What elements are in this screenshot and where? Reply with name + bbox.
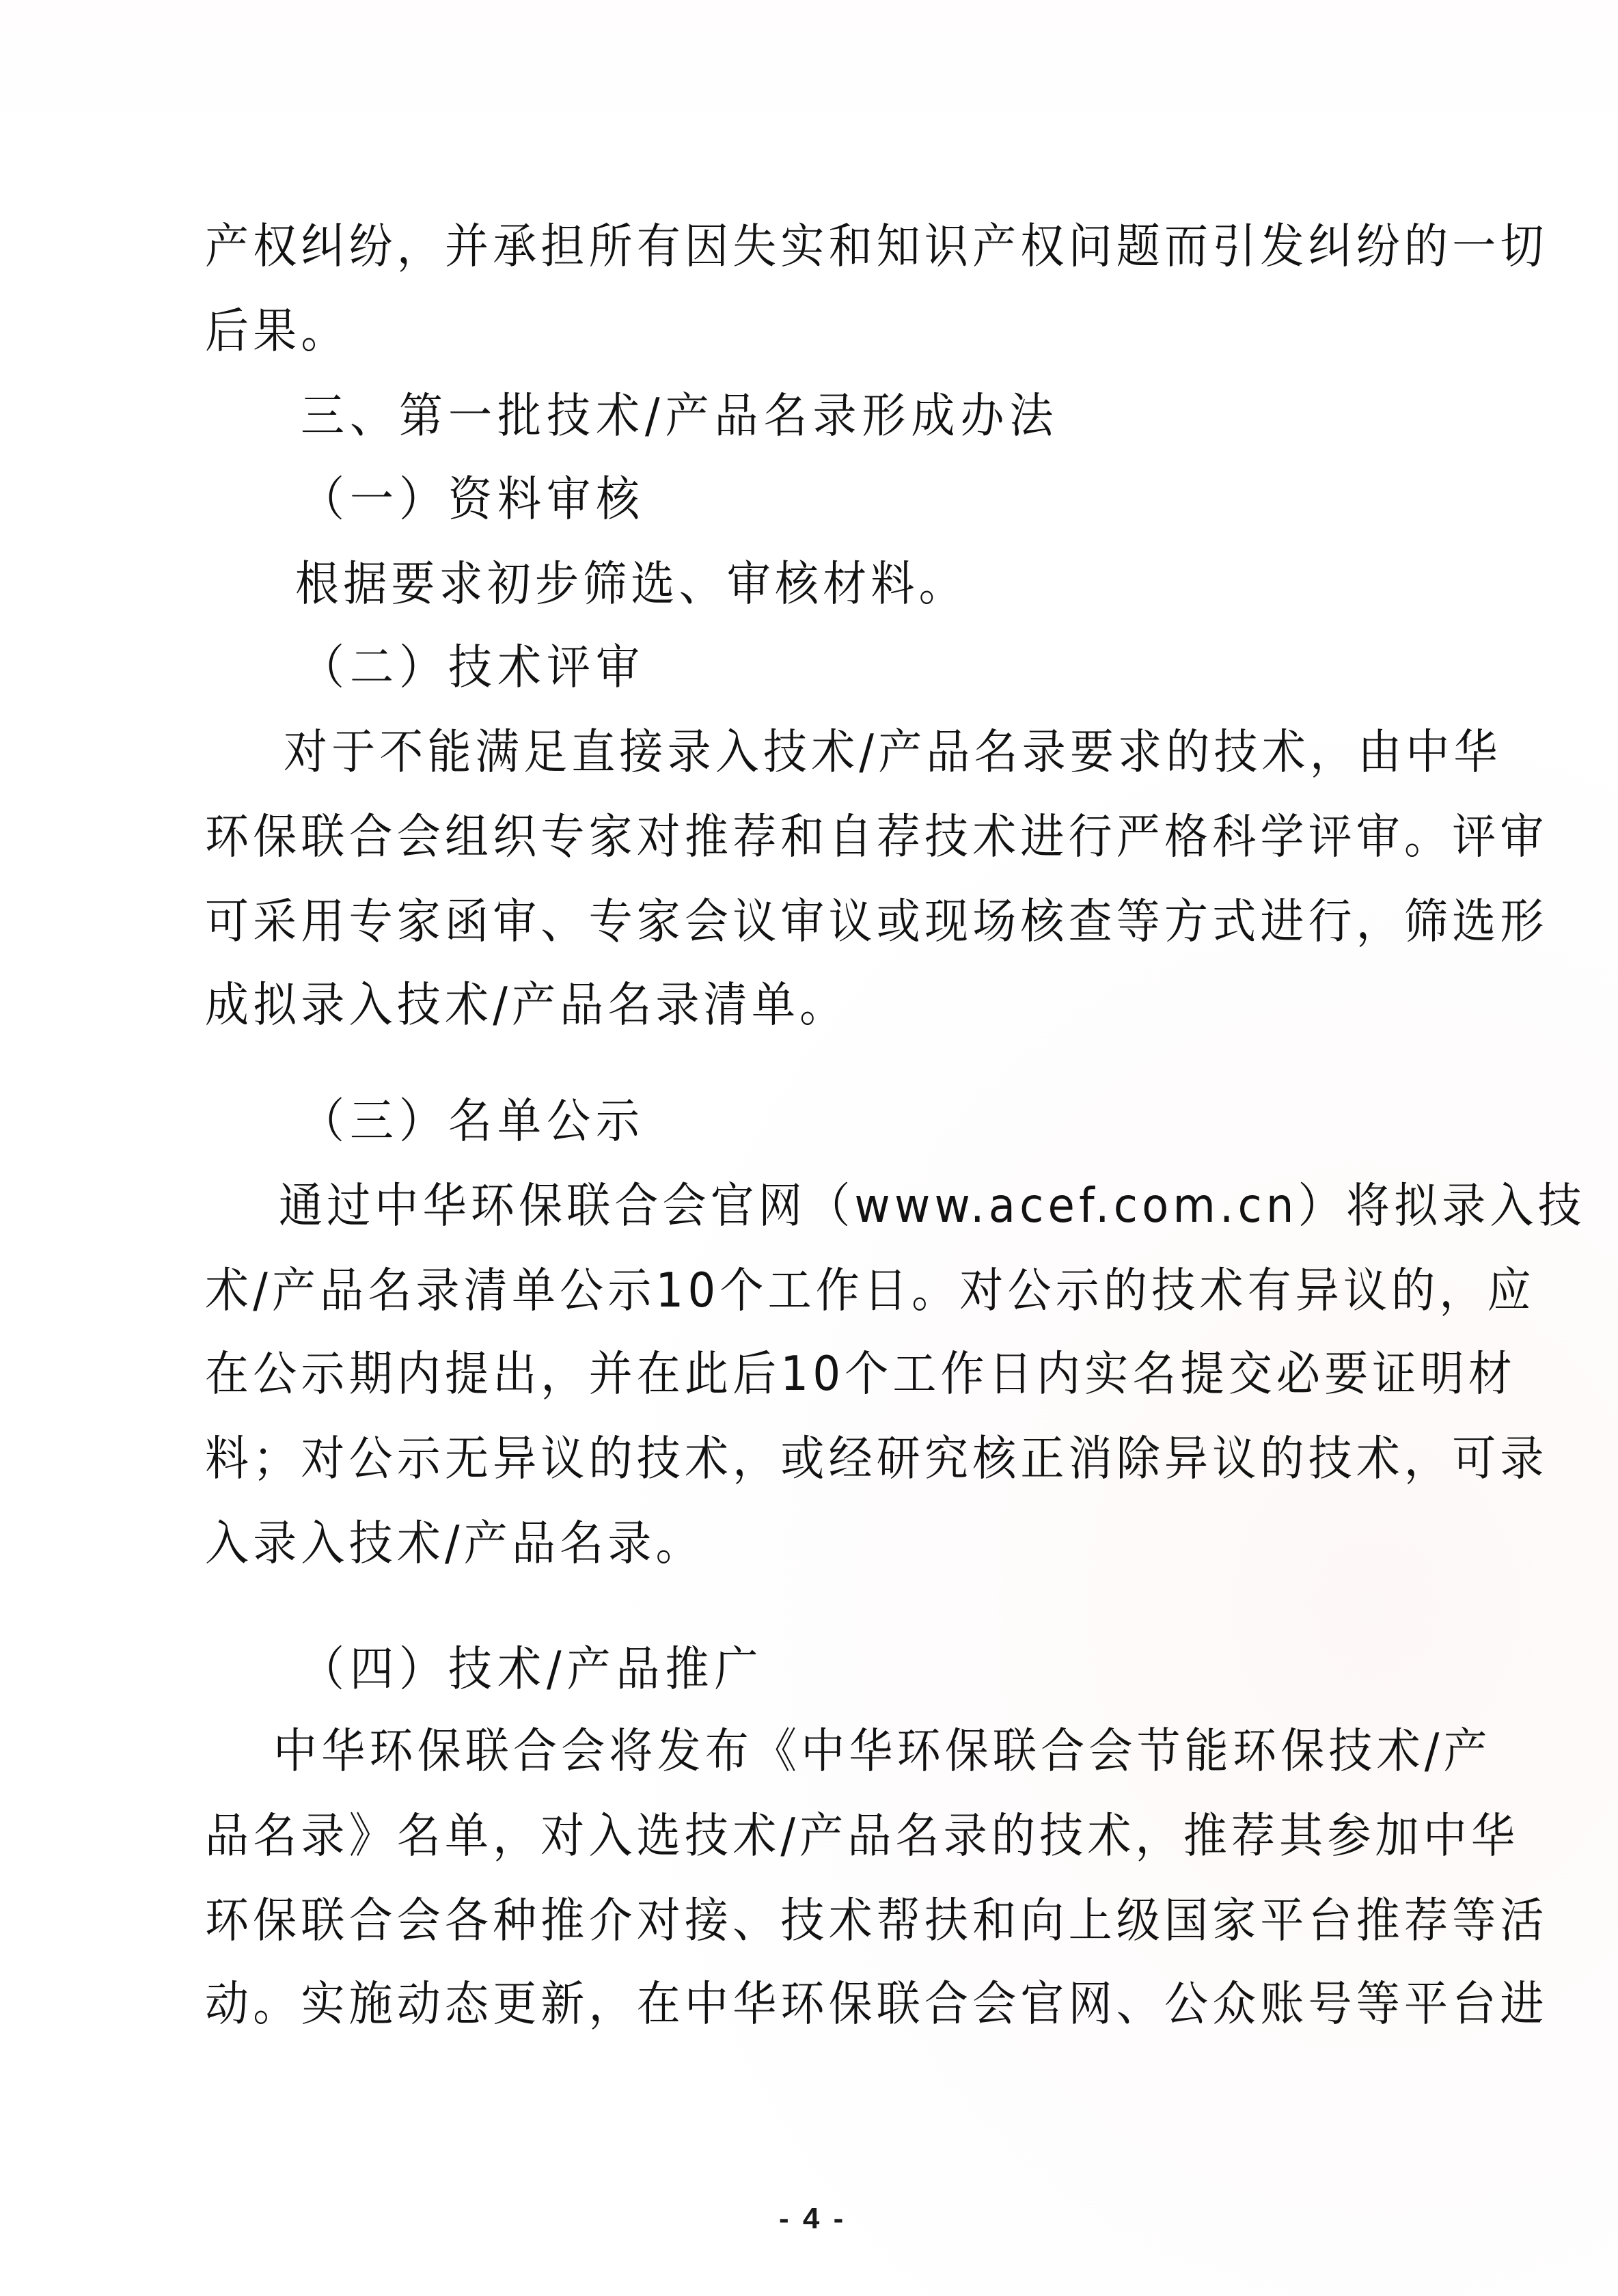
page-number: - 4 - <box>779 2202 846 2236</box>
subheading-technical-review: （二）技术评审 <box>301 638 645 697</box>
body-line-tech-review-4: 成拟录入技术/产品名录清单。 <box>205 976 847 1035</box>
body-line-2: 后果。 <box>205 302 349 361</box>
body-line-tech-review-3: 可采用专家函审、专家会议审议或现场核查等方式进行，筛选形 <box>205 892 1548 951</box>
body-line-promotion-3: 环保联合会各种推介对接、技术帮扶和向上级国家平台推荐等活 <box>205 1891 1548 1950</box>
body-line-1: 产权纠纷，并承担所有因失实和知识产权问题而引发纠纷的一切 <box>205 217 1548 276</box>
subheading-promotion: （四）技术/产品推广 <box>301 1640 764 1699</box>
section-heading-3: 三、第一批技术/产品名录形成办法 <box>301 387 1059 446</box>
body-line-promotion-2: 品名录》名单，对入选技术/产品名录的技术，推荐其参加中华 <box>205 1807 1519 1865</box>
body-line-publication-2: 术/产品名录清单公示10个工作日。对公示的技术有异议的，应 <box>205 1261 1535 1320</box>
subheading-list-publication: （三）名单公示 <box>301 1092 645 1151</box>
body-line-publication-4: 料；对公示无异议的技术，或经研究核正消除异议的技术，可录 <box>205 1430 1548 1488</box>
subheading-material-review: （一）资料审核 <box>301 470 645 529</box>
document-page: 产权纠纷，并承担所有因失实和知识产权问题而引发纠纷的一切 后果。 三、第一批技术… <box>0 0 1618 2296</box>
body-line-publication-5: 入录入技术/产品名录。 <box>205 1514 704 1573</box>
body-line-material-review: 根据要求初步筛选、审核材料。 <box>295 555 967 614</box>
body-line-publication-1: 通过中华环保联合会官网（www.acef.com.cn）将拟录入技 <box>279 1177 1586 1235</box>
body-line-tech-review-1: 对于不能满足直接录入技术/产品名录要求的技术，由中华 <box>284 723 1502 782</box>
body-line-promotion-1: 中华环保联合会将发布《中华环保联合会节能环保技术/产 <box>273 1722 1492 1781</box>
body-line-tech-review-2: 环保联合会组织专家对推荐和自荐技术进行严格科学评审。评审 <box>205 808 1548 866</box>
body-line-publication-3: 在公示期内提出，并在此后10个工作日内实名提交必要证明材 <box>205 1345 1516 1404</box>
body-line-promotion-4: 动。实施动态更新，在中华环保联合会官网、公众账号等平台进 <box>205 1975 1548 2034</box>
